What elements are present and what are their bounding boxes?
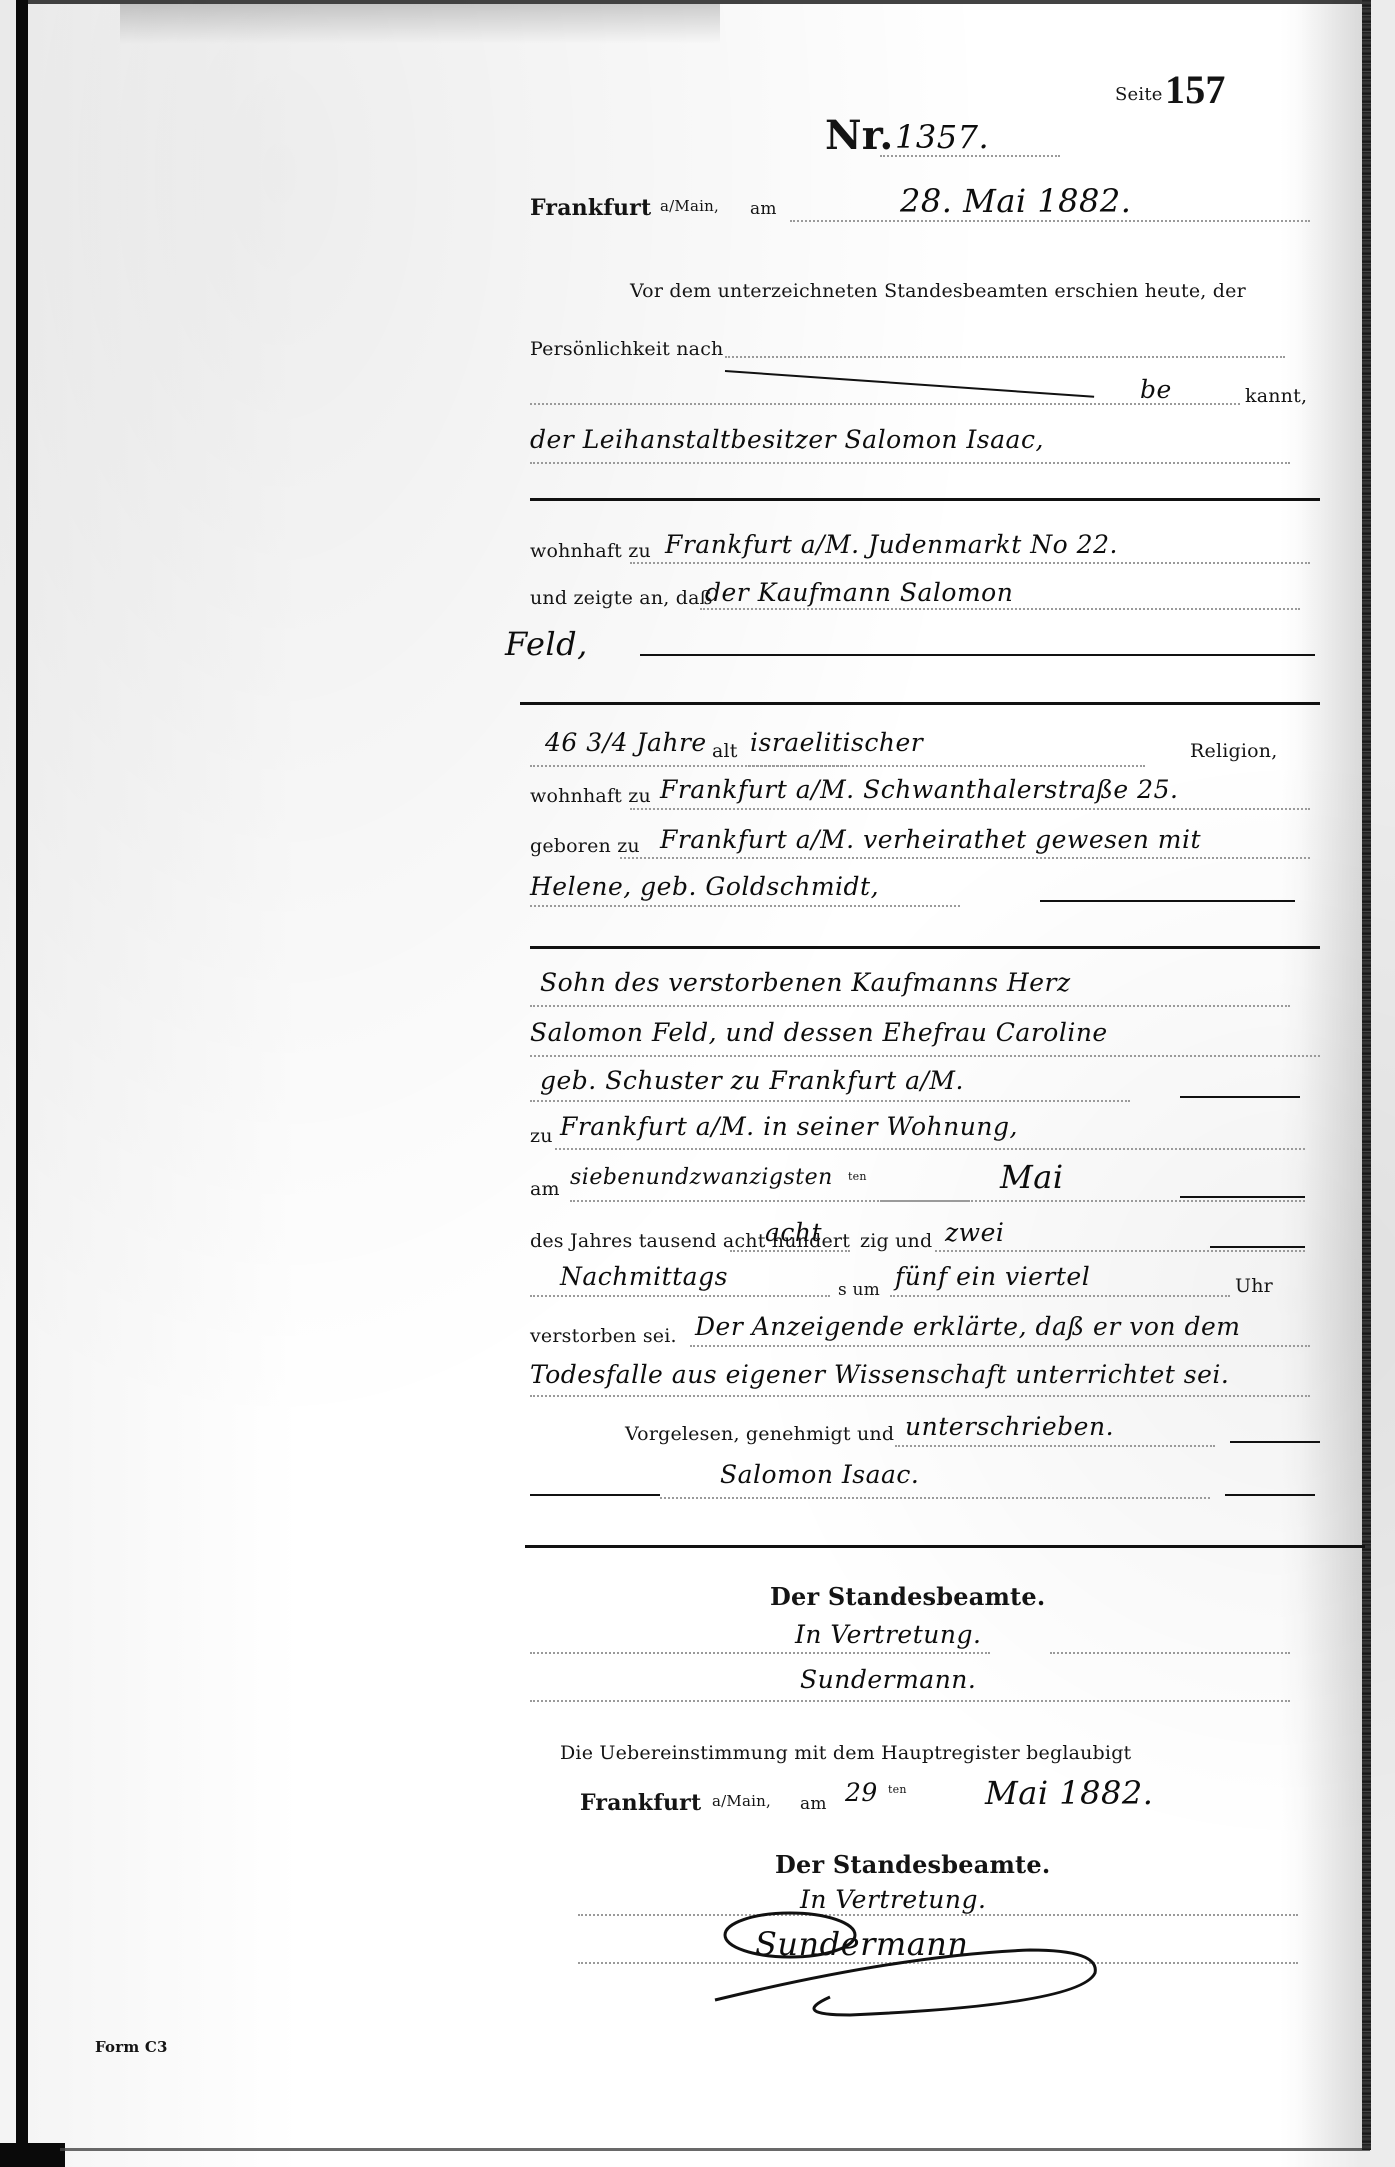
religion-label: Religion, [1190, 740, 1277, 762]
death-place: Frankfurt a/M. in seiner Wohnung, [560, 1112, 1018, 1141]
death-hour: fünf ein viertel [895, 1262, 1090, 1291]
informant-name: der Leihanstaltbesitzer Salomon Isaac, [530, 425, 1044, 454]
blank-line [630, 562, 1310, 564]
registrar-heading-2: Der Standesbeamte. [775, 1850, 1050, 1879]
blank-line [690, 1345, 1310, 1347]
closing-label: Vorgelesen, genehmigt und [625, 1423, 894, 1445]
known-label: kannt, [1245, 385, 1307, 407]
birthplace-label: geboren zu [530, 835, 640, 857]
date-am-label: am [750, 199, 777, 219]
blank-line [630, 808, 1310, 810]
blank-line [530, 1100, 1130, 1102]
blank-line [745, 765, 1145, 767]
city-label: Frankfurt [530, 195, 651, 221]
verstorben-label: verstorben sei. [530, 1325, 677, 1347]
spouse-name: Helene, geb. Goldschmidt, [530, 872, 879, 901]
blank-line [725, 356, 1285, 358]
page-edge-right [1362, 0, 1371, 2150]
binding-corner [0, 2143, 65, 2167]
blank-line [730, 1250, 850, 1252]
cert-city-suffix: a/Main, [712, 1792, 771, 1810]
form-label: Form C3 [95, 2038, 168, 2056]
parents-line-3: geb. Schuster zu Frankfurt a/M. [540, 1066, 964, 1095]
fill-line [1210, 1246, 1305, 1248]
uhr-label: Uhr [1235, 1275, 1273, 1297]
fill-line [1180, 1096, 1300, 1098]
deceased-residence: Frankfurt a/M. Schwanthalerstraße 25. [660, 775, 1178, 804]
registrar-heading: Der Standesbeamte. [770, 1582, 1045, 1611]
intro-line-1: Vor dem unterzeichneten Standesbeamten e… [630, 280, 1246, 302]
signature-line [1050, 1652, 1290, 1654]
blank-line [530, 462, 1290, 464]
blank-line [530, 1395, 1310, 1397]
fill-line [1040, 900, 1295, 902]
page-number: 157 [1165, 66, 1226, 113]
cert-date: Mai 1882. [985, 1774, 1153, 1812]
known-prefix: be [1140, 375, 1172, 404]
parents-line-2: Salomon Feld, und dessen Ehefrau Carolin… [530, 1018, 1108, 1047]
deceased-residence-label: wohnhaft zu [530, 785, 651, 807]
section-divider [520, 702, 1320, 705]
deceased-birthplace: Frankfurt a/M. verheirathet gewesen mit [660, 825, 1201, 854]
cert-city-label: Frankfurt [580, 1790, 701, 1816]
certification-text: Die Uebereinstimmung mit dem Hauptregist… [560, 1742, 1131, 1764]
blank-line [660, 1497, 1210, 1499]
registrar-signature: Sundermann. [800, 1665, 976, 1694]
page-label: Seite [1115, 84, 1163, 105]
document-page: Seite 157 Nr. 1357. Frankfurt a/Main, am… [0, 0, 1395, 2167]
fill-line [1230, 1441, 1320, 1443]
death-month: Mai [1000, 1158, 1064, 1196]
blank-line [530, 1055, 1320, 1057]
death-day-suffix: ten [848, 1170, 867, 1183]
reported-name: der Kaufmann Salomon [705, 578, 1013, 607]
record-number: 1357. [895, 118, 989, 156]
cert-am-label: am [800, 1794, 827, 1814]
city-suffix: a/Main, [660, 197, 719, 215]
age-label: alt [712, 740, 738, 762]
signature-line [530, 1700, 1290, 1702]
cert-day-suffix: ten [888, 1783, 907, 1796]
blank-line [880, 1200, 1305, 1202]
death-date-label: am [530, 1178, 560, 1200]
death-decade: acht [765, 1218, 822, 1247]
death-place-label: zu [530, 1125, 553, 1147]
registration-date: 28. Mai 1882. [900, 182, 1131, 220]
section-divider [530, 498, 1320, 501]
blank-line [620, 857, 1310, 859]
blank-line [530, 905, 960, 907]
blank-line [935, 1250, 1305, 1252]
time-label: s um [838, 1280, 880, 1300]
blank-line [530, 1295, 830, 1297]
blank-line [700, 608, 1300, 610]
declaration-line-1: Der Anzeigende erklärte, daß er von dem [695, 1312, 1240, 1341]
cert-day: 29 [845, 1778, 878, 1807]
page-shadow-right [1300, 0, 1362, 2150]
death-year-unit: zwei [945, 1218, 1004, 1247]
signature-line [530, 1652, 990, 1654]
parents-line-1: Sohn des verstorbenen Kaufmanns Herz [540, 968, 1071, 997]
blank-line [895, 1445, 1215, 1447]
binding-edge-left [16, 0, 28, 2145]
section-divider [525, 1545, 1365, 1548]
registrar-deputy-note: In Vertretung. [795, 1620, 981, 1649]
blank-line [530, 403, 1240, 405]
informant-signature: Salomon Isaac. [720, 1460, 919, 1489]
informant-residence: Frankfurt a/M. Judenmarkt No 22. [665, 530, 1118, 559]
year-label-2: zig und [860, 1230, 932, 1252]
fill-line [640, 654, 1315, 656]
reported-label: und zeigte an, daß [530, 587, 713, 609]
signature-flourish [700, 1895, 1120, 2025]
page-stain [120, 4, 720, 44]
deceased-surname: Feld, [505, 625, 588, 663]
deceased-religion: israelitischer [750, 728, 923, 757]
fill-line [1180, 1196, 1305, 1198]
fill-line [1225, 1494, 1315, 1496]
time-of-day: Nachmittags [560, 1262, 728, 1291]
death-day: siebenundzwanzigsten [570, 1165, 833, 1190]
section-divider [530, 946, 1320, 949]
closing-signed: unterschrieben. [905, 1412, 1114, 1441]
blank-line [555, 1148, 1305, 1150]
date-line [790, 220, 1310, 222]
blank-line [890, 1295, 1230, 1297]
blank-line [530, 1005, 1290, 1007]
strike-line [725, 370, 1094, 398]
fill-line [530, 1494, 660, 1496]
informant-residence-label: wohnhaft zu [530, 540, 651, 562]
deceased-age: 46 3/4 Jahre [545, 728, 707, 757]
page-bottom-edge [60, 2148, 1370, 2151]
record-number-label: Nr. [825, 112, 894, 159]
declaration-line-2: Todesfalle aus eigener Wissenschaft unte… [530, 1360, 1229, 1389]
intro-line-2: Persönlichkeit nach [530, 338, 723, 360]
